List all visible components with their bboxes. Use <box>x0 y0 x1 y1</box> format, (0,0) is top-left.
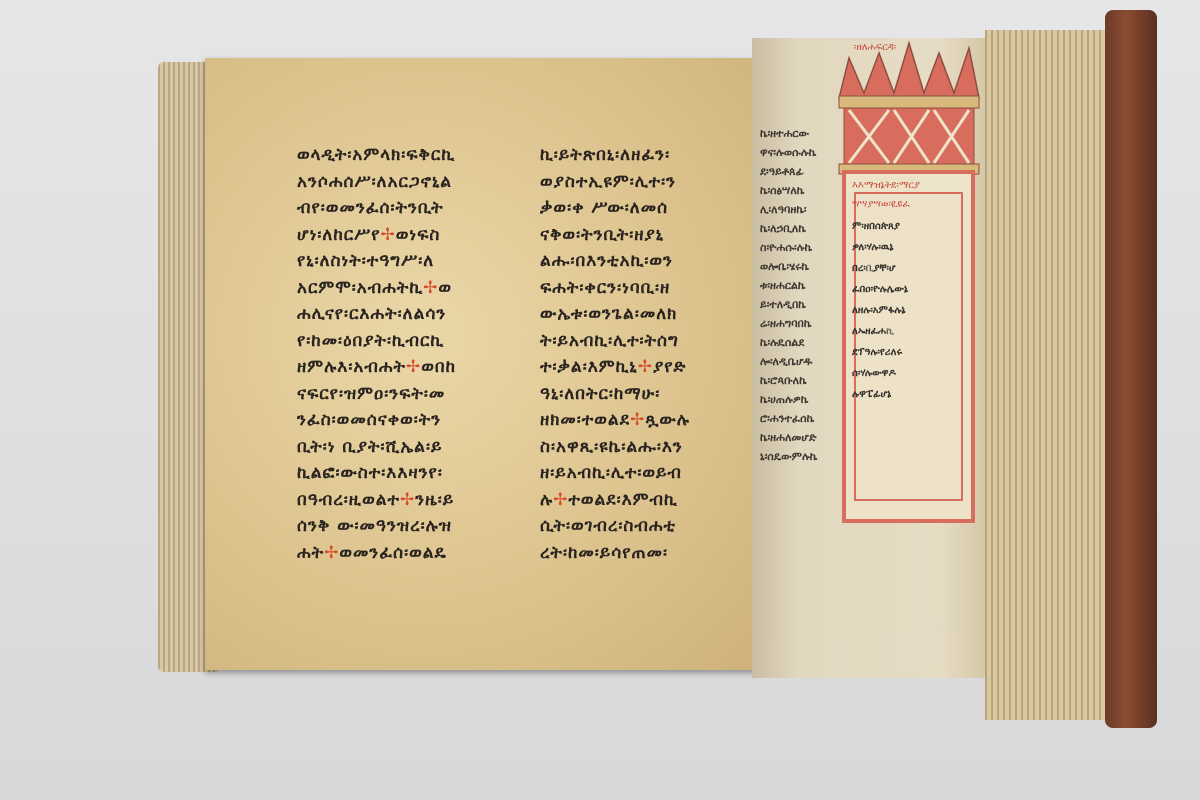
manuscript-line: ዘክመ፡ተወልደ✢ጿውሉ <box>540 407 690 434</box>
decorated-text-panel: እእማዝኔትደ፡ማርያሣሣያሣወ፡ዪዩፈ ም፡ዘበሰጵጸያዎለ፡ሃሉ፡ዉኔበረ፡… <box>842 170 975 523</box>
panel-line: ለዘሉ፡አምፋሉኔ <box>852 300 908 321</box>
manuscript-line: ኪ፡ይትጽበኒ፡ለዘፈን፡ <box>540 142 690 169</box>
manuscript-line: ሐት✢ወመንፈሰ፡ወልዴ <box>297 540 456 567</box>
panel-line: ለኡዘፈሐኪ <box>852 321 908 342</box>
manuscript-line: ናፍርየ፡ዝምዐ፡ንፍት፡መ <box>297 381 456 408</box>
manuscript-line: ኬ፡ሀጠሉዎኬ <box>760 390 817 409</box>
manuscript-line: ንፈስ፡ወመሰናቀወ፡ትን <box>297 407 456 434</box>
manuscript-line: ሮ፡ሐንተፈሰኬ <box>760 409 817 428</box>
leather-cover <box>1105 10 1157 728</box>
manuscript-line: ኬ፡ሰፅሣለኬ <box>760 181 817 200</box>
panel-black-lines: ም፡ዘበሰጵጸያዎለ፡ሃሉ፡ዉኔበረ፡ቢያቸ፡ሆፈበዐ፡ዮሉሌውኔለዘሉ፡አምፋ… <box>852 216 908 405</box>
manuscript-line: ኬ፡ለኃቢለኬ <box>760 219 817 238</box>
panel-line: ፈበዐ፡ዮሉሌውኔ <box>852 279 908 300</box>
manuscript-line: ት፡ይአብኪ፡ሊተ፡ትሰግ <box>540 328 690 355</box>
manuscript-line: ስ፡አዋጺ፡ዩኬ፡ልሑ፡እን <box>540 434 690 461</box>
manuscript-line: ወሎቤ፡ሄሩኬ <box>760 257 817 276</box>
panel-red-lines: እእማዝኔትደ፡ማርያሣሣያሣወ፡ዪዩፈ <box>852 176 920 214</box>
manuscript-line: ዘ፡ይአብኪ፡ሊተ፡ወይብ <box>540 460 690 487</box>
manuscript-line: ፍሐት፡ቀርን፡ነባቢ፡ዘ <box>540 275 690 302</box>
manuscript-line: ረት፡ከመ፡ይሳየጠመ፡ <box>540 540 690 567</box>
manuscript-line: ኒ፡ሰዴውምሉኬ <box>760 447 817 466</box>
manuscript-line: ልሑ፡በእንቲአኪ፡ወን <box>540 248 690 275</box>
manuscript-line: ኬ፡ሮጳቡለኬ <box>760 371 817 390</box>
manuscript-line: ሬ፡ዘሐግባበኬ <box>760 314 817 333</box>
manuscript-line: ተ፡ቃል፡እምኪኒ✢ያየድ <box>540 354 690 381</box>
manuscript-line: ሰንቅ ው፡መዓንዝረ፡ሉዝ <box>297 513 456 540</box>
manuscript-line: ኪልፎ፡ውስተ፡እእዛንየ፡ <box>297 460 456 487</box>
manuscript-line: ሊ፡ለዓባዘኬ፡ <box>760 200 817 219</box>
manuscript-line: ናቅወ፡ትንቢት፡ዘያኒ <box>540 222 690 249</box>
manuscript-line: ኬ፡ዘተሐርው <box>760 124 817 143</box>
manuscript-line: ሆነ፡ለከርሥየ✢ወነፍስ <box>297 222 456 249</box>
manuscript-line: ወላዲት፡አምላክ፡ፍቅርኪ <box>297 142 456 169</box>
right-text-column: ኬ፡ዘተሐርውዋና፡ሉወሱሉኬደ፡ዓይቶጰፊኬ፡ሰፅሣለኬሊ፡ለዓባዘኬ፡ኬ፡ለ… <box>760 124 817 466</box>
manuscript-line: ወያስተኢዩም፡ሊተ፡ን <box>540 169 690 196</box>
manuscript-line: ውኤቱ፡ወንጌል፡መለክ <box>540 301 690 328</box>
panel-line: ሰ፡ሃሉውዋዶ <box>852 363 908 384</box>
manuscript-line: ዋና፡ሉወሱሉኬ <box>760 143 817 162</box>
manuscript-line: ይ፡ተለዲበኬ <box>760 295 817 314</box>
manuscript-line: ዓኒ፡ለበትር፡ከማሁ፡ <box>540 381 690 408</box>
manuscript-line: በዓብረ፡ዚወልተ✢ንዜ፡ይ <box>297 487 456 514</box>
manuscript-line: ብየ፡ወመንፈሰ፡ትንቢት <box>297 195 456 222</box>
manuscript-line: አርምሞ፡አብሐትኪ✢ወ <box>297 275 456 302</box>
manuscript-line: ስ፡ዮሐሱ፡ሉኬ <box>760 238 817 257</box>
decorative-crown-headpiece-icon <box>834 38 984 178</box>
manuscript-line: ሐሊናየ፡ርእሐት፡ለልሳን <box>297 301 456 328</box>
manuscript-line: ሲት፡ወገብረ፡ስብሐቲ <box>540 513 690 540</box>
panel-line: ም፡ዘበሰጵጸያ <box>852 216 908 237</box>
manuscript-line: ሉ✢ተወልደ፡እምብኪ <box>540 487 690 514</box>
left-text-column-a: ወላዲት፡አምላክ፡ፍቅርኪአንሶሐሰሥ፡ለአርጋኖኒልብየ፡ወመንፈሰ፡ትንቢ… <box>297 142 456 566</box>
manuscript-line: ቱ፡ዘሐርልኬ <box>760 276 817 295</box>
left-text-column-b: ኪ፡ይትጽበኒ፡ለዘፈን፡ወያስተኢዩም፡ሊተ፡ንቃወ፡ቀ ሥው፡ለመሰናቅወ፡… <box>540 142 690 566</box>
red-rubric-line: እእማዝኔትደ፡ማርያ <box>852 176 920 195</box>
manuscript-line: አንሶሐሰሥ፡ለአርጋኖኒል <box>297 169 456 196</box>
manuscript-line: የ፡ከመ፡ዕበያት፡ኪብርኪ <box>297 328 456 355</box>
manuscript-line: ኬ፡ሉዴሰልደ <box>760 333 817 352</box>
manuscript-line: ኬ፡ዘሐለመሆድ <box>760 428 817 447</box>
panel-line: ዎለ፡ሃሉ፡ዉኔ <box>852 237 908 258</box>
panel-line: ሉዋፔፊሆኔ <box>852 384 908 405</box>
right-page-edges <box>985 30 1120 720</box>
manuscript-line: ሎ፡ለዲቤሆዱ <box>760 352 817 371</box>
red-headline: ፡ዘለሐፍርዳ፡ <box>854 42 896 53</box>
red-rubric-line: ሣሣያሣወ፡ዪዩፈ <box>852 195 920 214</box>
manuscript-line: የኒ፡ለስነት፡ተዓግሥ፡ለ <box>297 248 456 275</box>
manuscript-line: ደ፡ዓይቶጰፊ <box>760 162 817 181</box>
manuscript-line: ቃወ፡ቀ ሥው፡ለመሰ <box>540 195 690 222</box>
panel-line: በረ፡ቢያቸ፡ሆ <box>852 258 908 279</box>
panel-line: ደፕዓሉ፡የሪለሩ <box>852 342 908 363</box>
right-page: ፡ዘለሐፍርዳ፡ ኬ፡ዘተሐርውዋና፡ሉወሱሉኬደ፡ዓይቶጰፊኬ፡ሰፅሣለኬሊ፡… <box>752 38 987 678</box>
manuscript-line: ቢት፡ነ ቢያት፡ሺኤል፡ይ <box>297 434 456 461</box>
left-page: ወላዲት፡አምላክ፡ፍቅርኪአንሶሐሰሥ፡ለአርጋኖኒልብየ፡ወመንፈሰ፡ትንቢ… <box>205 58 755 670</box>
manuscript-line: ዘምሉእ፡አብሐት✢ወበከ <box>297 354 456 381</box>
